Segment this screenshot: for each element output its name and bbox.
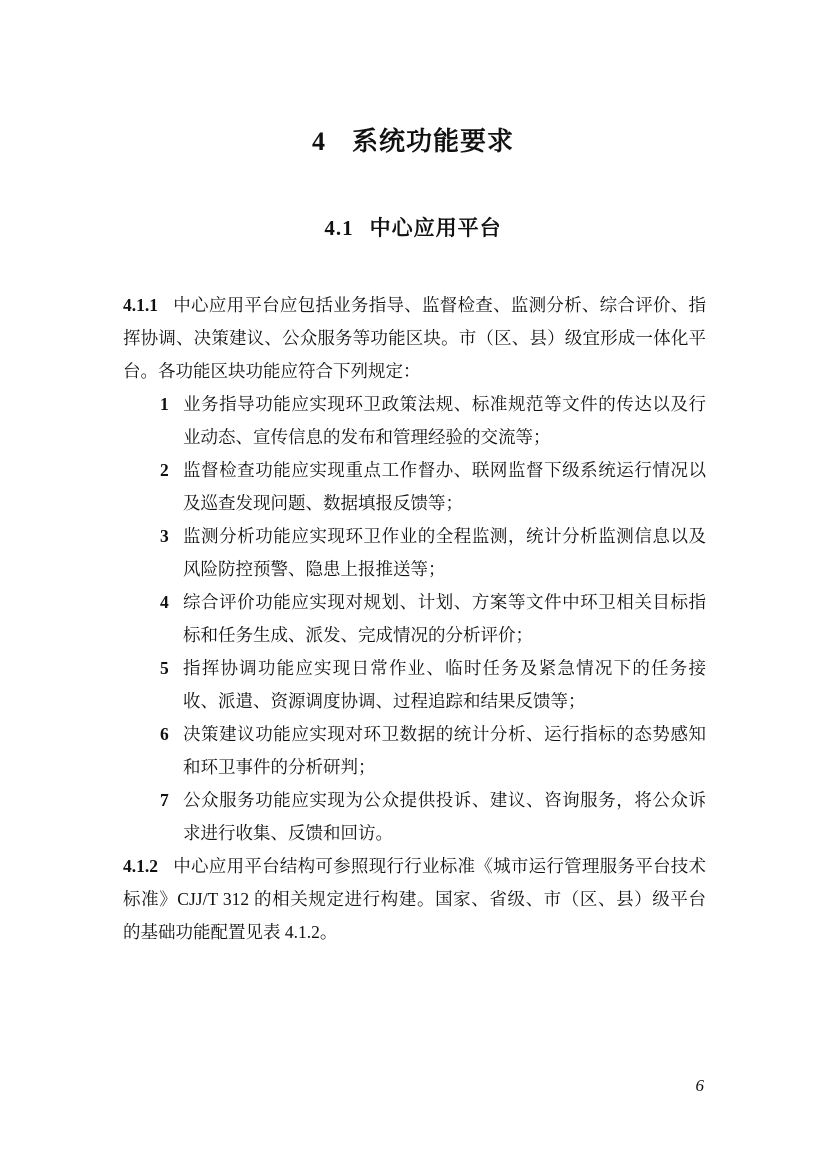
section-title: 4.1中心应用平台 [0, 212, 826, 242]
list-item-text: 公众服务功能应实现为公众提供投诉、建议、咨询服务，将公众诉求进行收集、反馈和回访… [183, 784, 706, 850]
list-item-2: 2 监督检查功能应实现重点工作督办、联网监督下级系统运行情况以及巡查发现问题、数… [123, 454, 706, 520]
clause-number: 4.1.1 [123, 295, 158, 315]
list-item-text: 监测分析功能应实现环卫作业的全程监测，统计分析监测信息以及风险防控预警、隐患上报… [183, 520, 706, 586]
list-item-number: 2 [160, 454, 183, 520]
list-item-6: 6 决策建议功能应实现对环卫数据的统计分析、运行指标的态势感知和环卫事件的分析研… [123, 718, 706, 784]
chapter-number: 4 [312, 127, 326, 156]
list-item-number: 6 [160, 718, 183, 784]
list-item-text: 决策建议功能应实现对环卫数据的统计分析、运行指标的态势感知和环卫事件的分析研判； [183, 718, 706, 784]
document-page: 4系统功能要求 4.1中心应用平台 4.1.1中心应用平台应包括业务指导、监督检… [0, 0, 826, 1169]
section-number: 4.1 [324, 216, 353, 240]
list-item-number: 7 [160, 784, 183, 850]
clause-text: 中心应用平台应包括业务指导、监督检查、监测分析、综合评价、指挥协调、决策建议、公… [123, 295, 706, 381]
list-item-number: 3 [160, 520, 183, 586]
clause-4-1-1: 4.1.1中心应用平台应包括业务指导、监督检查、监测分析、综合评价、指挥协调、决… [123, 289, 706, 388]
list-item-1: 1 业务指导功能应实现环卫政策法规、标准规范等文件的传达以及行业动态、宣传信息的… [123, 388, 706, 454]
list-item-number: 4 [160, 586, 183, 652]
list-item-number: 1 [160, 388, 183, 454]
list-item-5: 5 指挥协调功能应实现日常作业、临时任务及紧急情况下的任务接收、派遣、资源调度协… [123, 652, 706, 718]
list-item-4: 4 综合评价功能应实现对规划、计划、方案等文件中环卫相关目标指标和任务生成、派发… [123, 586, 706, 652]
list-item-7: 7 公众服务功能应实现为公众提供投诉、建议、咨询服务，将公众诉求进行收集、反馈和… [123, 784, 706, 850]
clause-4-1-2: 4.1.2中心应用平台结构可参照现行行业标准《城市运行管理服务平台技术标准》CJ… [123, 850, 706, 949]
section-title-text: 中心应用平台 [370, 216, 502, 240]
list-item-text: 监督检查功能应实现重点工作督办、联网监督下级系统运行情况以及巡查发现问题、数据填… [183, 454, 706, 520]
clause-text: 中心应用平台结构可参照现行行业标准《城市运行管理服务平台技术标准》CJJ/T 3… [123, 856, 706, 942]
clause-number: 4.1.2 [123, 856, 158, 876]
list-item-number: 5 [160, 652, 183, 718]
chapter-title-text: 系统功能要求 [352, 127, 514, 156]
document-body: 4.1.1中心应用平台应包括业务指导、监督检查、监测分析、综合评价、指挥协调、决… [123, 289, 706, 949]
page-number: 6 [696, 1076, 705, 1096]
chapter-title: 4系统功能要求 [0, 121, 826, 158]
list-item-text: 综合评价功能应实现对规划、计划、方案等文件中环卫相关目标指标和任务生成、派发、完… [183, 586, 706, 652]
list-item-3: 3 监测分析功能应实现环卫作业的全程监测，统计分析监测信息以及风险防控预警、隐患… [123, 520, 706, 586]
list-item-text: 指挥协调功能应实现日常作业、临时任务及紧急情况下的任务接收、派遣、资源调度协调、… [183, 652, 706, 718]
list-item-text: 业务指导功能应实现环卫政策法规、标准规范等文件的传达以及行业动态、宣传信息的发布… [183, 388, 706, 454]
